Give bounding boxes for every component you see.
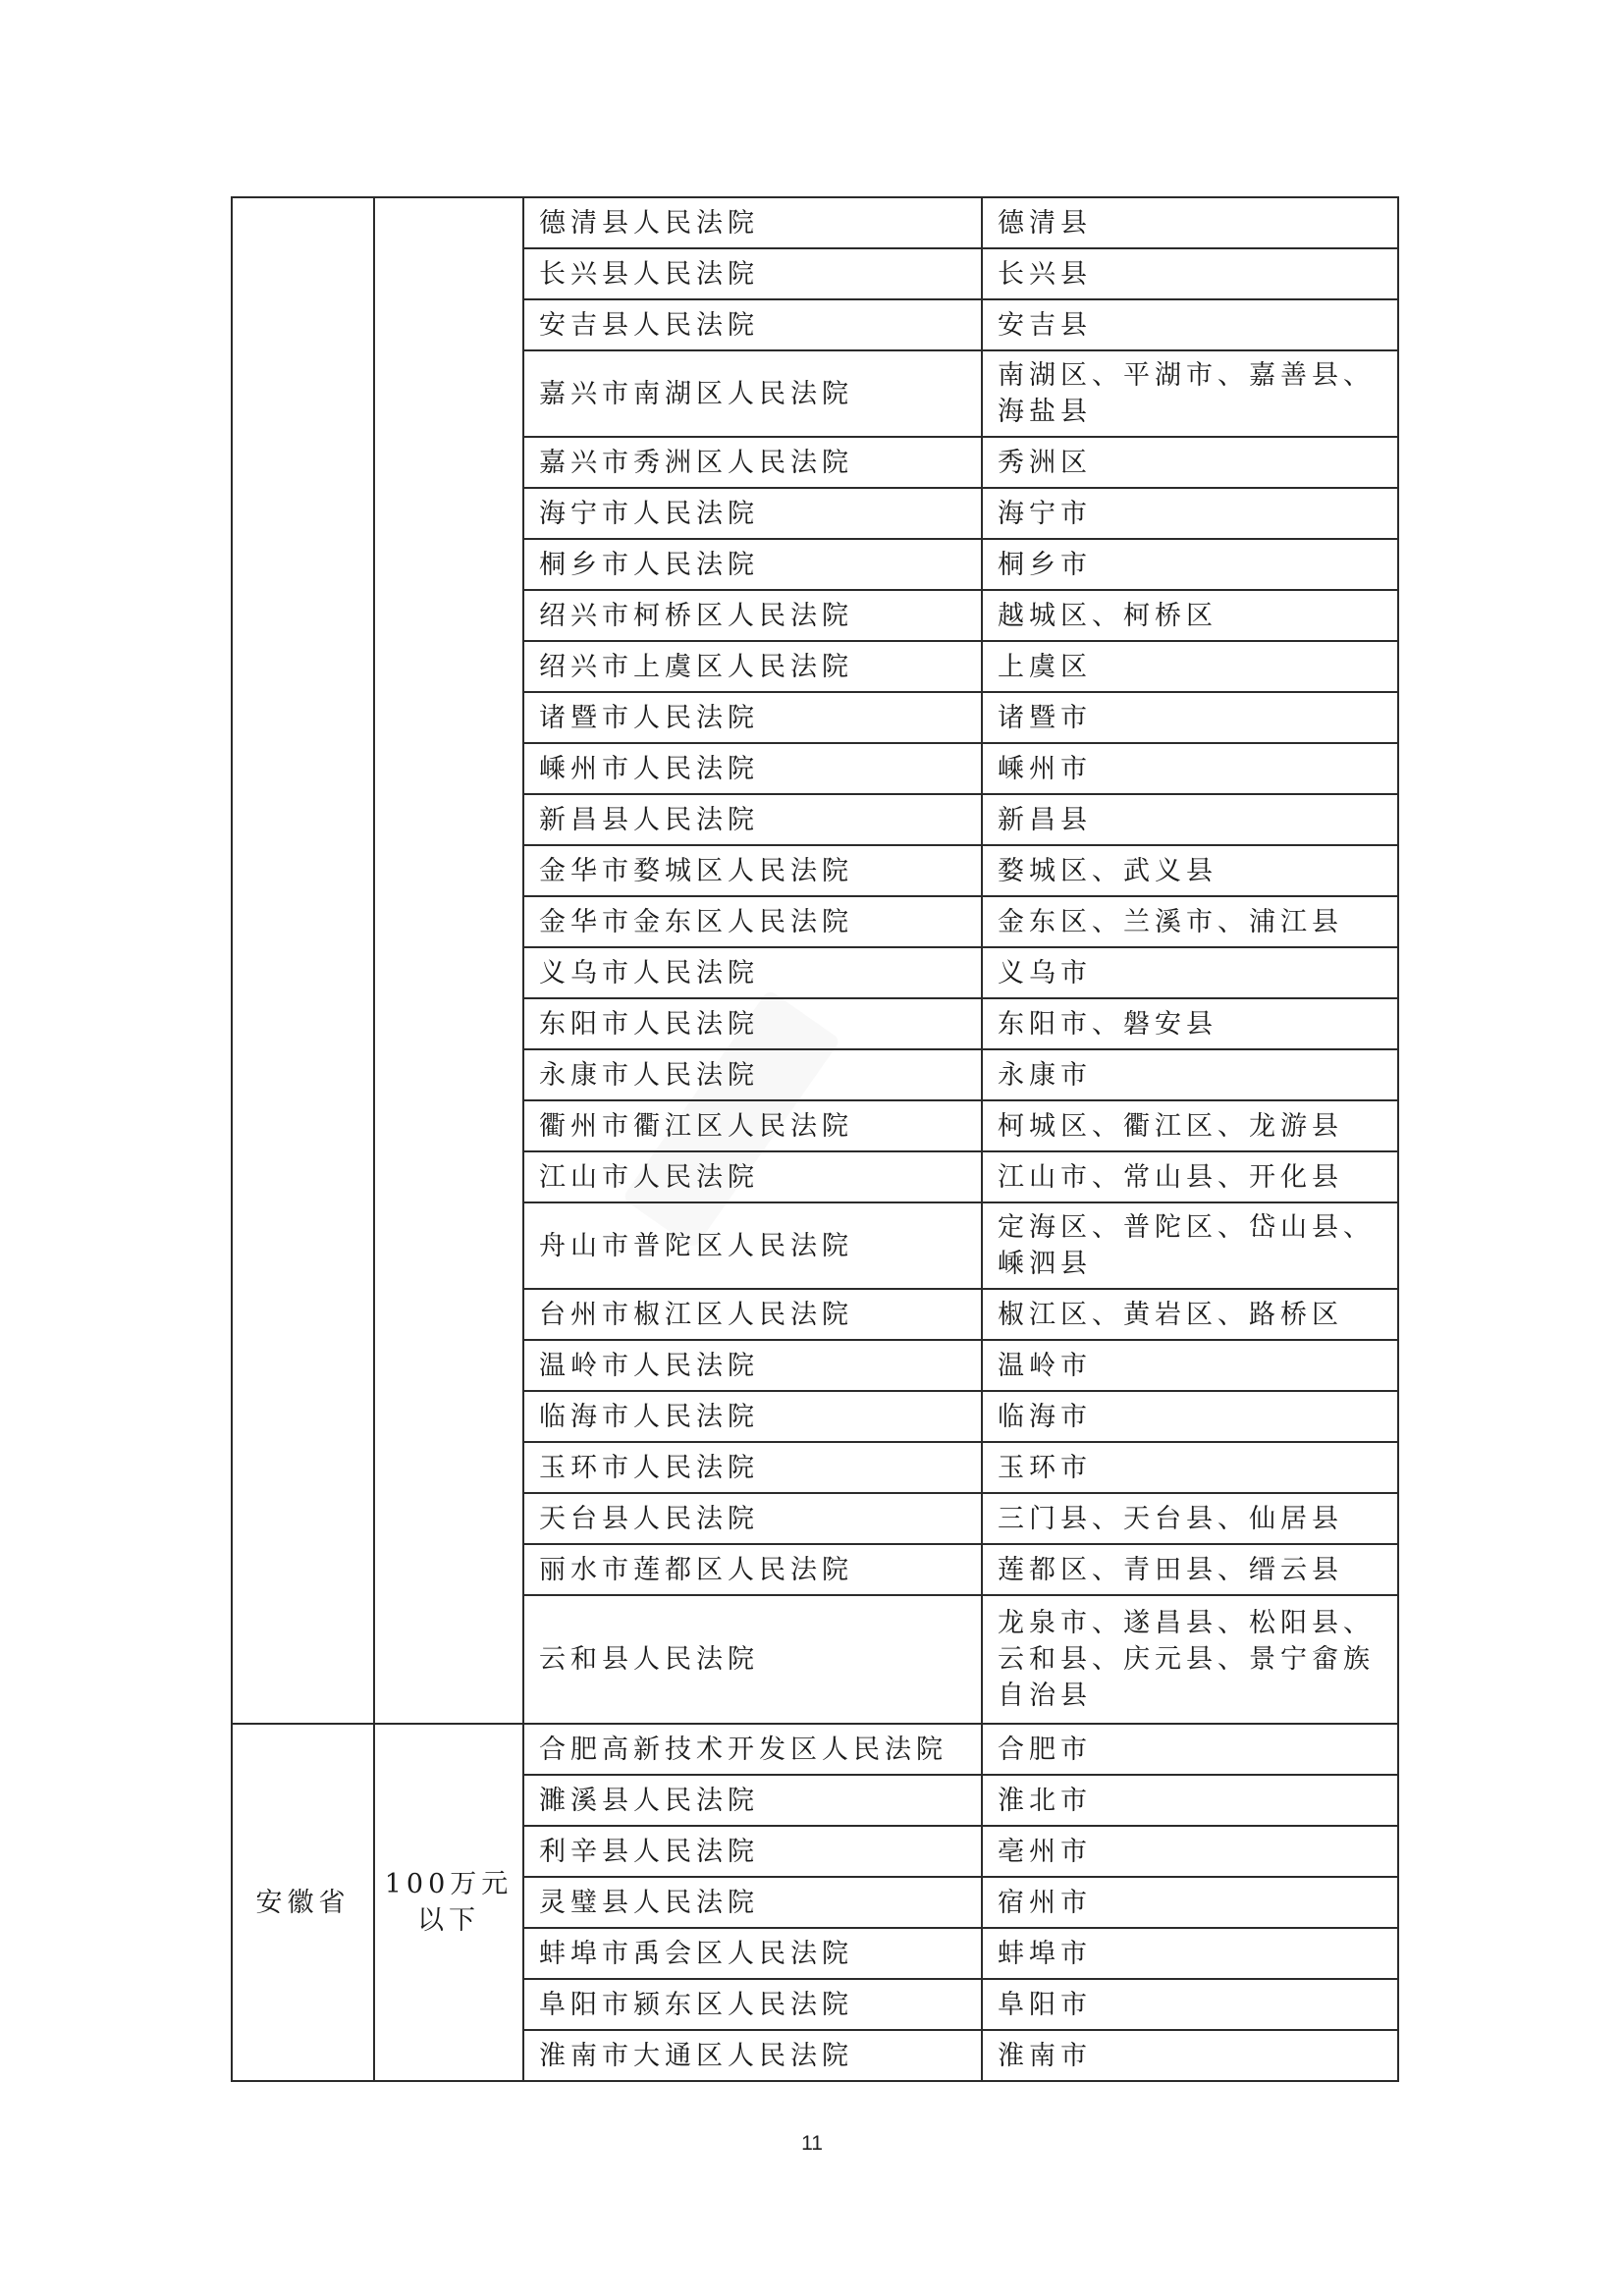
jurisdiction-area-cell: 婺城区、武义县 (982, 845, 1398, 896)
table-row: 德清县人民法院德清县 (232, 197, 1398, 248)
table-body: 德清县人民法院德清县长兴县人民法院长兴县安吉县人民法院安吉县嘉兴市南湖区人民法院… (232, 197, 1398, 2081)
court-name-cell: 新昌县人民法院 (523, 794, 982, 845)
court-name-cell: 云和县人民法院 (523, 1595, 982, 1724)
court-name-cell: 临海市人民法院 (523, 1391, 982, 1442)
amount-threshold-cell: 100万元以下 (374, 1724, 523, 2081)
jurisdiction-area-cell: 诸暨市 (982, 692, 1398, 743)
jurisdiction-area-cell: 永康市 (982, 1049, 1398, 1100)
court-name-cell: 海宁市人民法院 (523, 488, 982, 539)
jurisdiction-area-cell: 合肥市 (982, 1724, 1398, 1775)
court-name-cell: 江山市人民法院 (523, 1151, 982, 1202)
jurisdiction-area-cell: 柯城区、衢江区、龙游县 (982, 1100, 1398, 1151)
jurisdiction-area-cell: 金东区、兰溪市、浦江县 (982, 896, 1398, 947)
jurisdiction-area-cell: 义乌市 (982, 947, 1398, 998)
court-name-cell: 丽水市莲都区人民法院 (523, 1544, 982, 1595)
province-cell (232, 197, 374, 1724)
jurisdiction-area-cell: 德清县 (982, 197, 1398, 248)
court-name-cell: 衢州市衢江区人民法院 (523, 1100, 982, 1151)
jurisdiction-area-cell: 安吉县 (982, 299, 1398, 350)
jurisdiction-area-cell: 新昌县 (982, 794, 1398, 845)
court-name-cell: 灵璧县人民法院 (523, 1877, 982, 1928)
court-name-cell: 金华市婺城区人民法院 (523, 845, 982, 896)
court-name-cell: 义乌市人民法院 (523, 947, 982, 998)
province-cell: 安徽省 (232, 1724, 374, 2081)
court-name-cell: 玉环市人民法院 (523, 1442, 982, 1493)
court-name-cell: 舟山市普陀区人民法院 (523, 1202, 982, 1289)
jurisdiction-area-cell: 临海市 (982, 1391, 1398, 1442)
jurisdiction-area-cell: 椒江区、黄岩区、路桥区 (982, 1289, 1398, 1340)
jurisdiction-area-cell: 温岭市 (982, 1340, 1398, 1391)
jurisdiction-area-cell: 淮南市 (982, 2030, 1398, 2081)
court-name-cell: 淮南市大通区人民法院 (523, 2030, 982, 2081)
jurisdiction-area-cell: 越城区、柯桥区 (982, 590, 1398, 641)
jurisdiction-area-cell: 阜阳市 (982, 1979, 1398, 2030)
jurisdiction-area-cell: 淮北市 (982, 1775, 1398, 1826)
jurisdiction-area-cell: 定海区、普陀区、岱山县、嵊泗县 (982, 1202, 1398, 1289)
court-name-cell: 永康市人民法院 (523, 1049, 982, 1100)
jurisdiction-area-cell: 海宁市 (982, 488, 1398, 539)
amount-threshold-cell (374, 197, 523, 1724)
jurisdiction-area-cell: 桐乡市 (982, 539, 1398, 590)
court-name-cell: 嘉兴市秀洲区人民法院 (523, 437, 982, 488)
court-name-cell: 长兴县人民法院 (523, 248, 982, 299)
court-name-cell: 利辛县人民法院 (523, 1826, 982, 1877)
court-name-cell: 诸暨市人民法院 (523, 692, 982, 743)
table-row: 安徽省100万元以下合肥高新技术开发区人民法院合肥市 (232, 1724, 1398, 1775)
jurisdiction-area-cell: 长兴县 (982, 248, 1398, 299)
jurisdiction-area-cell: 莲都区、青田县、缙云县 (982, 1544, 1398, 1595)
court-name-cell: 安吉县人民法院 (523, 299, 982, 350)
court-name-cell: 台州市椒江区人民法院 (523, 1289, 982, 1340)
court-name-cell: 桐乡市人民法院 (523, 539, 982, 590)
court-name-cell: 阜阳市颍东区人民法院 (523, 1979, 982, 2030)
court-name-cell: 合肥高新技术开发区人民法院 (523, 1724, 982, 1775)
jurisdiction-area-cell: 三门县、天台县、仙居县 (982, 1493, 1398, 1544)
jurisdiction-area-cell: 龙泉市、遂昌县、松阳县、云和县、庆元县、景宁畲族自治县 (982, 1595, 1398, 1724)
jurisdiction-area-cell: 南湖区、平湖市、嘉善县、海盐县 (982, 350, 1398, 437)
jurisdiction-area-cell: 嵊州市 (982, 743, 1398, 794)
court-name-cell: 温岭市人民法院 (523, 1340, 982, 1391)
court-name-cell: 濉溪县人民法院 (523, 1775, 982, 1826)
court-name-cell: 嘉兴市南湖区人民法院 (523, 350, 982, 437)
court-name-cell: 蚌埠市禹会区人民法院 (523, 1928, 982, 1979)
jurisdiction-area-cell: 亳州市 (982, 1826, 1398, 1877)
court-name-cell: 德清县人民法院 (523, 197, 982, 248)
jurisdiction-area-cell: 蚌埠市 (982, 1928, 1398, 1979)
court-name-cell: 天台县人民法院 (523, 1493, 982, 1544)
court-name-cell: 绍兴市上虞区人民法院 (523, 641, 982, 692)
court-name-cell: 金华市金东区人民法院 (523, 896, 982, 947)
jurisdiction-area-cell: 江山市、常山县、开化县 (982, 1151, 1398, 1202)
jurisdiction-area-cell: 宿州市 (982, 1877, 1398, 1928)
court-name-cell: 嵊州市人民法院 (523, 743, 982, 794)
court-jurisdiction-table: 德清县人民法院德清县长兴县人民法院长兴县安吉县人民法院安吉县嘉兴市南湖区人民法院… (231, 196, 1399, 2082)
jurisdiction-area-cell: 上虞区 (982, 641, 1398, 692)
court-name-cell: 绍兴市柯桥区人民法院 (523, 590, 982, 641)
court-name-cell: 东阳市人民法院 (523, 998, 982, 1049)
jurisdiction-area-cell: 秀洲区 (982, 437, 1398, 488)
document-page: 德清县人民法院德清县长兴县人民法院长兴县安吉县人民法院安吉县嘉兴市南湖区人民法院… (0, 0, 1624, 2296)
page-number: 11 (0, 2132, 1624, 2156)
jurisdiction-area-cell: 玉环市 (982, 1442, 1398, 1493)
jurisdiction-area-cell: 东阳市、磐安县 (982, 998, 1398, 1049)
